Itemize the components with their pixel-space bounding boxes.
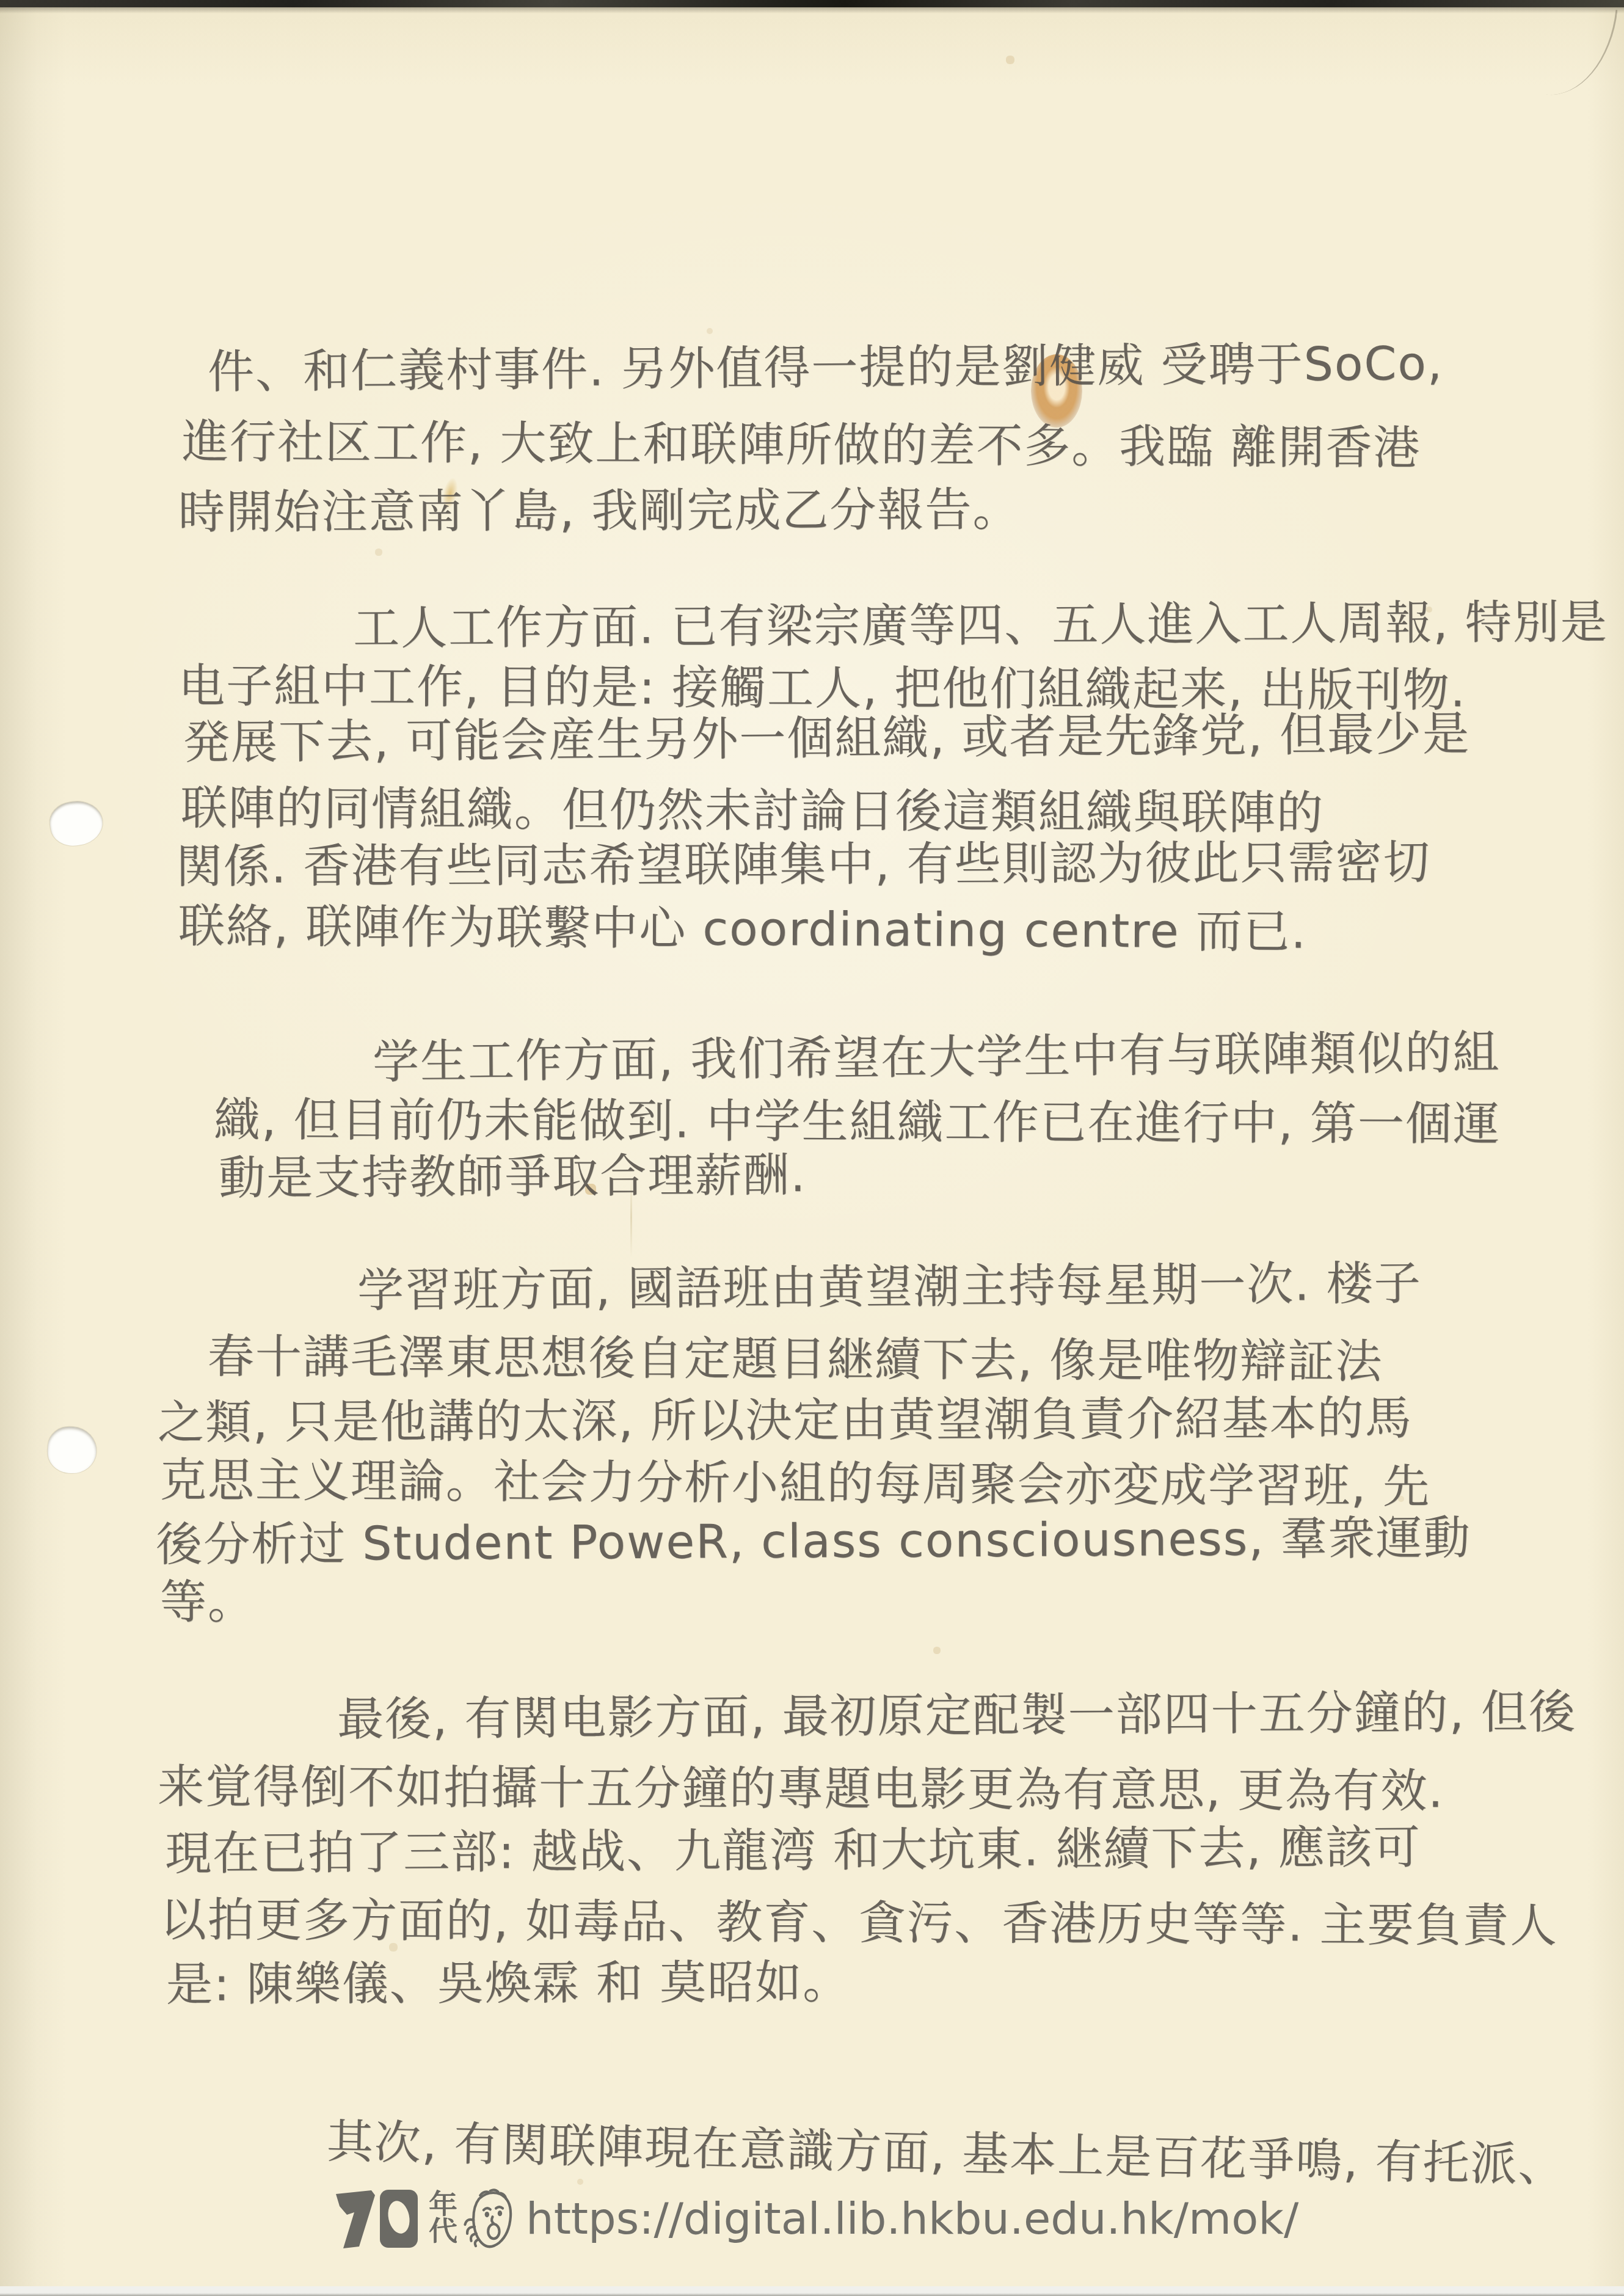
screaming-face-icon bbox=[461, 2187, 517, 2250]
punch-hole bbox=[46, 1425, 98, 1474]
text-line: 最後, 有関电影方面, 最初原定配製一部四十五分鐘的, 但後 bbox=[337, 1675, 1577, 1749]
watermark-footer: 年 代 https://digital.lib.hkbu.edu.hk/mok/ bbox=[333, 2187, 1298, 2250]
seventies-logo-number bbox=[333, 2188, 425, 2249]
text-line: 之類, 只是他講的太深, 所以決定由黄望潮負責介紹基本的馬 bbox=[158, 1381, 1413, 1452]
text-line: 学習班方面, 國語班由黄望潮主持每星期一次. 楼子 bbox=[357, 1246, 1422, 1320]
logo-char-top: 年 bbox=[429, 2192, 457, 2218]
text-line: 学生工作方面, 我们希望在大学生中有与联陣類似的組 bbox=[373, 1015, 1501, 1092]
scratch-mark bbox=[1539, 3, 1617, 101]
logo-char-bottom: 代 bbox=[429, 2218, 457, 2245]
watermark-url: https://digital.lib.hkbu.edu.hk/mok/ bbox=[526, 2193, 1298, 2244]
text-line: 件、和仁義村事件. 另外值得一提的是劉健威 受聘于SoCo, bbox=[208, 326, 1444, 401]
text-line: 動是支持教師爭取合理薪酬. bbox=[219, 1138, 807, 1208]
text-line: 発展下去, 可能会産生另外一個組織, 或者是先鋒党, 但最少是 bbox=[183, 696, 1471, 772]
text-line: 来覚得倒不如拍攝十五分鐘的專題电影更為有意思, 更為有效. bbox=[158, 1749, 1444, 1820]
text-line: 工人工作方面. 已有梁宗廣等四、五人進入工人周報, 特別是 bbox=[353, 585, 1608, 658]
text-line: 時開始注意南丫島, 我剛完成乙分報告。 bbox=[178, 472, 1021, 542]
text-line: 等。 bbox=[160, 1565, 255, 1631]
paper-speckles bbox=[0, 0, 2, 2]
text-line: 現在已拍了三部: 越战、九龍湾 和大坑東. 継續下去, 應該可 bbox=[165, 1810, 1421, 1883]
text-line: 以拍更多方面的, 如毒品、教育、貪污、香港历史等等. 主要負責人 bbox=[160, 1882, 1558, 1955]
scan-top-smudge bbox=[0, 7, 1624, 13]
text-line: 関係. 香港有些同志希望联陣集中, 有些則認为彼此只需密切 bbox=[176, 825, 1431, 896]
seventies-logo-suffix: 年 代 bbox=[429, 2192, 457, 2245]
text-line: 是: 陳樂儀、吳煥霖 和 莫昭如。 bbox=[166, 1945, 850, 2014]
text-line: 其次, 有関联陣現在意識方面, 基本上是百花爭鳴, 有托派、 bbox=[326, 2104, 1567, 2195]
punch-hole bbox=[47, 798, 105, 848]
scan-top-edge bbox=[0, 0, 1624, 7]
text-line: 春十講毛澤東思想後自定題目継續下去, 像是唯物辯証法 bbox=[208, 1319, 1383, 1391]
text-line: 進行社区工作, 大致上和联陣所做的差不多。我臨 離開香港 bbox=[182, 404, 1421, 478]
text-line: 联絡, 联陣作为联繫中心 coordinating centre 而已. bbox=[178, 889, 1307, 961]
text-line: 後分析过 Student PoweR, class consciousness,… bbox=[156, 1501, 1471, 1574]
scan-bottom-edge bbox=[0, 2286, 1624, 2296]
scanned-manuscript-page: 件、和仁義村事件. 另外值得一提的是劉健威 受聘于SoCo, 進行社区工作, 大… bbox=[0, 0, 1624, 2296]
